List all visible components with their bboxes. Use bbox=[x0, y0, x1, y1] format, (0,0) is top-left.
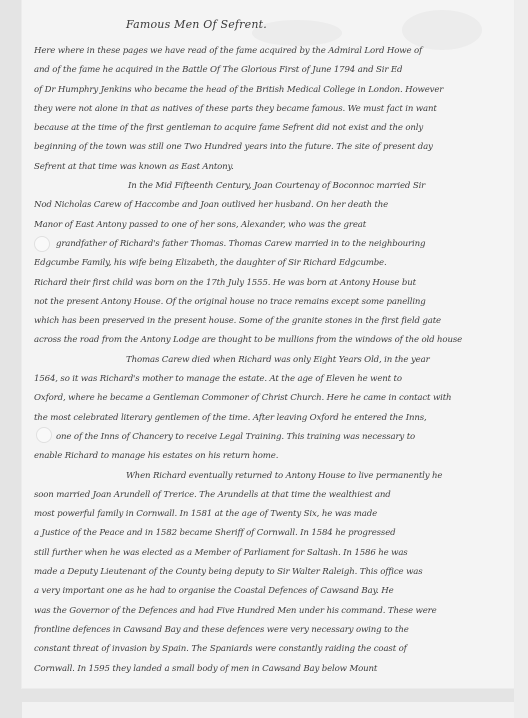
handwritten-line: Manor of East Antony passed to one of he… bbox=[34, 216, 506, 235]
handwritten-line: they were not alone in that as natives o… bbox=[34, 100, 506, 119]
handwritten-line: Sefrent at that time was known as East A… bbox=[34, 158, 506, 177]
handwritten-line: Richard their first child was born on th… bbox=[34, 274, 506, 293]
handwritten-line: grandfather of Richard's father Thomas. … bbox=[34, 235, 506, 254]
handwritten-line: the most celebrated literary gentlemen o… bbox=[34, 409, 506, 428]
handwritten-line: soon married Joan Arundell of Trerice. T… bbox=[34, 486, 506, 505]
handwritten-line: Here where in these pages we have read o… bbox=[34, 42, 506, 61]
handwritten-line: because at the time of the first gentlem… bbox=[34, 119, 506, 138]
handwritten-line: enable Richard to manage his estates on … bbox=[34, 447, 506, 466]
handwritten-line: Nod Nicholas Carew of Haccombe and Joan … bbox=[34, 196, 506, 215]
handwritten-line: frontline defences in Cawsand Bay and th… bbox=[34, 621, 506, 640]
handwritten-line: which has been preserved in the present … bbox=[34, 312, 506, 331]
handwritten-line: a Justice of the Peace and in 1582 becam… bbox=[34, 524, 506, 543]
handwritten-line: constant threat of invasion by Spain. Th… bbox=[34, 640, 506, 659]
handwritten-line: still further when he was elected as a M… bbox=[34, 544, 506, 563]
handwritten-line: across the road from the Antony Lodge ar… bbox=[34, 331, 506, 350]
next-page-edge bbox=[22, 702, 514, 718]
handwritten-line: Edgcumbe Family, his wife being Elizabet… bbox=[34, 254, 506, 273]
handwritten-line: and of the fame he acquired in the Battl… bbox=[34, 61, 506, 80]
handwritten-line: not the present Antony House. Of the ori… bbox=[34, 293, 506, 312]
handwritten-line: Thomas Carew died when Richard was only … bbox=[34, 351, 506, 370]
handwritten-line: In the Mid Fifteenth Century, Joan Court… bbox=[34, 177, 506, 196]
handwritten-line: Cornwall. In 1595 they landed a small bo… bbox=[34, 660, 506, 679]
handwritten-line: beginning of the town was still one Two … bbox=[34, 138, 506, 157]
handwritten-line: 1564, so it was Richard's mother to mana… bbox=[34, 370, 506, 389]
handwritten-line: of Dr Humphry Jenkins who became the hea… bbox=[34, 81, 506, 100]
handwritten-line: When Richard eventually returned to Anto… bbox=[34, 467, 506, 486]
handwritten-line: one of the Inns of Chancery to receive L… bbox=[34, 428, 506, 447]
page-edge bbox=[514, 0, 528, 718]
document-title: Famous Men Of Sefrent. bbox=[126, 18, 267, 31]
handwritten-line: was the Governor of the Defences and had… bbox=[34, 602, 506, 621]
handwritten-line: Oxford, where he became a Gentleman Comm… bbox=[34, 389, 506, 408]
document-body: Here where in these pages we have read o… bbox=[34, 42, 506, 679]
handwritten-line: a very important one as he had to organi… bbox=[34, 582, 506, 601]
handwritten-line: most powerful family in Cornwall. In 158… bbox=[34, 505, 506, 524]
scanned-document: Famous Men Of Sefrent. Here where in the… bbox=[0, 0, 528, 718]
handwritten-line: made a Deputy Lieutenant of the County b… bbox=[34, 563, 506, 582]
